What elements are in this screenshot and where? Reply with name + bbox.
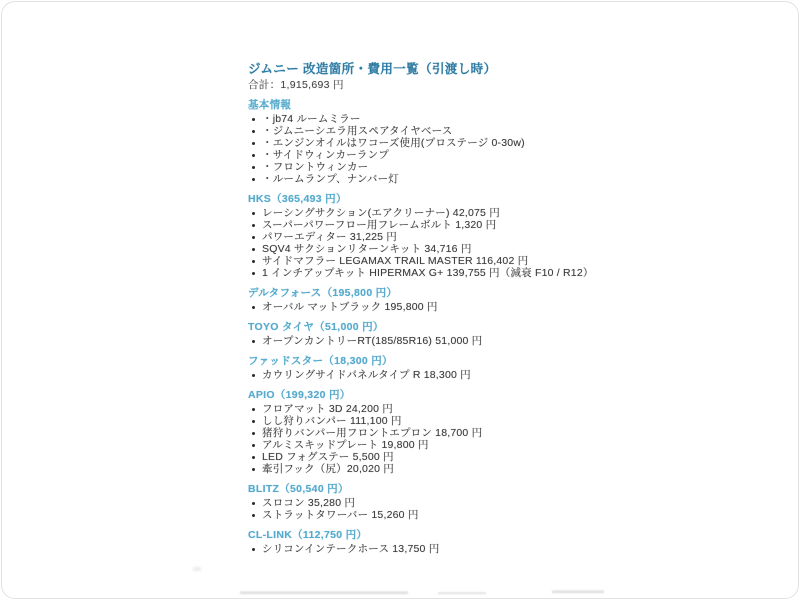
- item-list: カウリングサイドパネルタイプ R 18,300 円: [248, 369, 668, 381]
- list-item: アルミスキッドプレート 19,800 円: [262, 439, 668, 451]
- document-page: ジムニー 改造箇所・費用一覧（引渡し時） 合計：1,915,693 円 基本情報…: [248, 62, 668, 555]
- scan-artifact-speck: [193, 567, 201, 571]
- list-item: フロアマット 3D 24,200 円: [262, 403, 668, 415]
- list-item: 1 インチアップキット HIPERMAX G+ 139,755 円（減衰 F10…: [262, 267, 668, 279]
- list-item: カウリングサイドパネルタイプ R 18,300 円: [262, 369, 668, 381]
- section-delta-force: デルタフォース（195,800 円） オーバル マットブラック 195,800 …: [248, 288, 668, 313]
- list-item: ・jb74 ルームミラー: [262, 113, 668, 125]
- list-item: サイドマフラー LEGAMAX TRAIL MASTER 116,402 円: [262, 255, 668, 267]
- section-heading: 基本情報: [248, 100, 668, 111]
- section-heading: APIO（199,320 円）: [248, 390, 668, 401]
- list-item: しし狩りバンパー 111,100 円: [262, 415, 668, 427]
- list-item: ストラットタワーバー 15,260 円: [262, 509, 668, 521]
- section-toyo-tire: TOYO タイヤ（51,000 円） オープンカントリーRT(185/85R16…: [248, 322, 668, 347]
- list-item: パワーエディター 31,225 円: [262, 231, 668, 243]
- scan-artifact-smudge: [240, 591, 408, 594]
- list-item: 猪狩りバンパー用フロントエプロン 18,700 円: [262, 427, 668, 439]
- list-item: SQV4 サクションリターンキット 34,716 円: [262, 243, 668, 255]
- item-list: スロコン 35,280 円 ストラットタワーバー 15,260 円: [248, 497, 668, 521]
- section-heading: TOYO タイヤ（51,000 円）: [248, 322, 668, 333]
- section-basic-info: 基本情報 ・jb74 ルームミラー ・ジムニーシエラ用スペアタイヤベース ・エン…: [248, 100, 668, 185]
- item-list: オーバル マットブラック 195,800 円: [248, 301, 668, 313]
- list-item: オーバル マットブラック 195,800 円: [262, 301, 668, 313]
- list-item: 牽引フック（尻）20,020 円: [262, 463, 668, 475]
- list-item: シリコンインテークホース 13,750 円: [262, 543, 668, 555]
- section-cl-link: CL-LINK（112,750 円） シリコンインテークホース 13,750 円: [248, 530, 668, 555]
- section-blitz: BLITZ（50,540 円） スロコン 35,280 円 ストラットタワーバー…: [248, 484, 668, 521]
- scan-artifact-smudge: [552, 590, 604, 593]
- scan-artifact-smudge: [438, 592, 486, 594]
- section-heading: デルタフォース（195,800 円）: [248, 288, 668, 299]
- page-title: ジムニー 改造箇所・費用一覧（引渡し時）: [248, 62, 668, 76]
- section-heading: BLITZ（50,540 円）: [248, 484, 668, 495]
- list-item: ・ジムニーシエラ用スペアタイヤベース: [262, 125, 668, 137]
- item-list: フロアマット 3D 24,200 円 しし狩りバンパー 111,100 円 猪狩…: [248, 403, 668, 475]
- list-item: レーシングサクション(エアクリーナー) 42,075 円: [262, 207, 668, 219]
- section-hks: HKS（365,493 円） レーシングサクション(エアクリーナー) 42,07…: [248, 194, 668, 279]
- list-item: スロコン 35,280 円: [262, 497, 668, 509]
- section-heading: CL-LINK（112,750 円）: [248, 530, 668, 541]
- item-list: ・jb74 ルームミラー ・ジムニーシエラ用スペアタイヤベース ・エンジンオイル…: [248, 113, 668, 185]
- list-item: ・エンジンオイルはワコーズ使用(プロステージ 0-30w): [262, 137, 668, 149]
- list-item: オープンカントリーRT(185/85R16) 51,000 円: [262, 335, 668, 347]
- section-fad-star: ファッドスター（18,300 円） カウリングサイドパネルタイプ R 18,30…: [248, 356, 668, 381]
- item-list: オープンカントリーRT(185/85R16) 51,000 円: [248, 335, 668, 347]
- list-item: スーパーパワーフロー用フレームボルト 1,320 円: [262, 219, 668, 231]
- list-item: ・ルームランプ、ナンバー灯: [262, 173, 668, 185]
- section-heading: ファッドスター（18,300 円）: [248, 356, 668, 367]
- list-item: ・フロントウィンカー: [262, 161, 668, 173]
- section-apio: APIO（199,320 円） フロアマット 3D 24,200 円 しし狩りバ…: [248, 390, 668, 475]
- list-item: LED フォグステー 5,500 円: [262, 451, 668, 463]
- total-amount: 合計：1,915,693 円: [248, 80, 668, 91]
- item-list: シリコンインテークホース 13,750 円: [248, 543, 668, 555]
- item-list: レーシングサクション(エアクリーナー) 42,075 円 スーパーパワーフロー用…: [248, 207, 668, 279]
- section-heading: HKS（365,493 円）: [248, 194, 668, 205]
- list-item: ・サイドウィンカーランプ: [262, 149, 668, 161]
